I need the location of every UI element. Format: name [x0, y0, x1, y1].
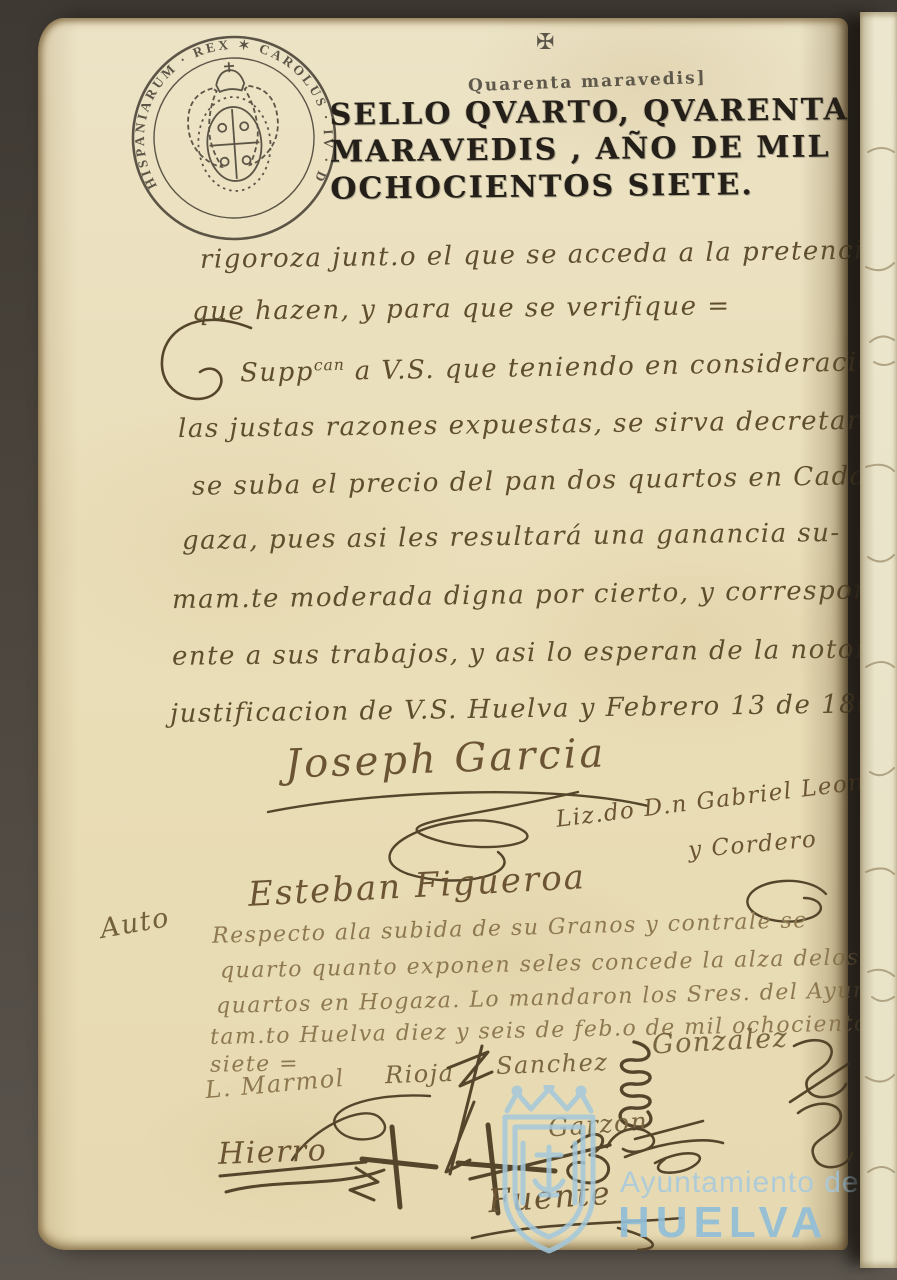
body-line: las justas razones expuestas, se sirva d…: [178, 406, 861, 444]
signature-sanchez: Sanchez: [496, 1048, 609, 1080]
manuscript-page: HISPANIARUM · REX ✶ CAROLUS · IV · D · G…: [38, 18, 848, 1250]
supplica-rest: a V.S. que teniendo en consideracion: [345, 347, 894, 387]
decree-line: Respecto ala subida de su Granos y contr…: [212, 908, 808, 949]
body-line: rigoroza junt.o el que se acceda a la pr…: [200, 235, 897, 275]
printed-heading-line2: MARAVEDIS , AÑO DE MIL: [330, 128, 850, 170]
body-line: que hazen, y para que se verifique =: [192, 291, 731, 327]
body-line: justificacion de V.S. Huelva y Febrero 1…: [170, 689, 897, 729]
tax-note-stamp: Quarenta maravedis]: [468, 68, 707, 96]
huelva-crest-watermark: [485, 1085, 613, 1255]
royal-seal-stamp: HISPANIARUM · REX ✶ CAROLUS · IV · D · G: [121, 25, 347, 251]
margin-note-auto: Auto: [98, 902, 172, 945]
supplica-superscript: can: [314, 356, 345, 375]
body-line: mam.te moderada digna por cierto, y corr…: [172, 575, 897, 615]
svg-text:HISPANIARUM · REX ✶ CAROLUS ·: HISPANIARUM · REX ✶ CAROLUS · IV · D · G: [121, 25, 340, 201]
body-line: Suppcan a V.S. que teniendo en considera…: [240, 346, 894, 388]
signature-licenciado-line1: Liz.do D.n Gabriel Leon: [555, 769, 866, 833]
printed-heading: SELLO QVARTO, QVARENTA MARAVEDIS , AÑO D…: [329, 91, 849, 207]
coat-of-arms: [184, 59, 283, 194]
watermark-line1: Ayuntamiento de: [620, 1166, 860, 1200]
adjacent-page-edge: [860, 12, 897, 1268]
seal-legend: HISPANIARUM · REX ✶ CAROLUS · IV · D · G: [121, 25, 340, 201]
decree-line: quarto quanto exponen seles concede la a…: [220, 945, 860, 983]
document-scan: HISPANIARUM · REX ✶ CAROLUS · IV · D · G…: [0, 0, 897, 1280]
body-line: ente a sus trabajos, y asi lo esperan de…: [172, 634, 896, 672]
edge-writing-fragments: [860, 12, 897, 1268]
cross-ornament: ✠: [536, 30, 554, 55]
printed-heading-line3: OCHOCIENTOS SIETE.: [330, 165, 850, 207]
body-line: se suba el precio del pan dos quartos en…: [192, 460, 897, 502]
supplica-word: Supp: [240, 357, 314, 388]
watermark-line2: HUELVA: [618, 1198, 828, 1248]
body-line: gaza, pues asi les resultará una gananci…: [182, 518, 841, 556]
printed-heading-line1: SELLO QVARTO, QVARENTA: [329, 91, 849, 133]
signature-licenciado-line2: y Cordero: [687, 826, 818, 863]
signature-gonzalez: Gonzalez: [651, 1022, 789, 1060]
signature-joseph-garcia: Joseph Garcia: [284, 730, 607, 787]
